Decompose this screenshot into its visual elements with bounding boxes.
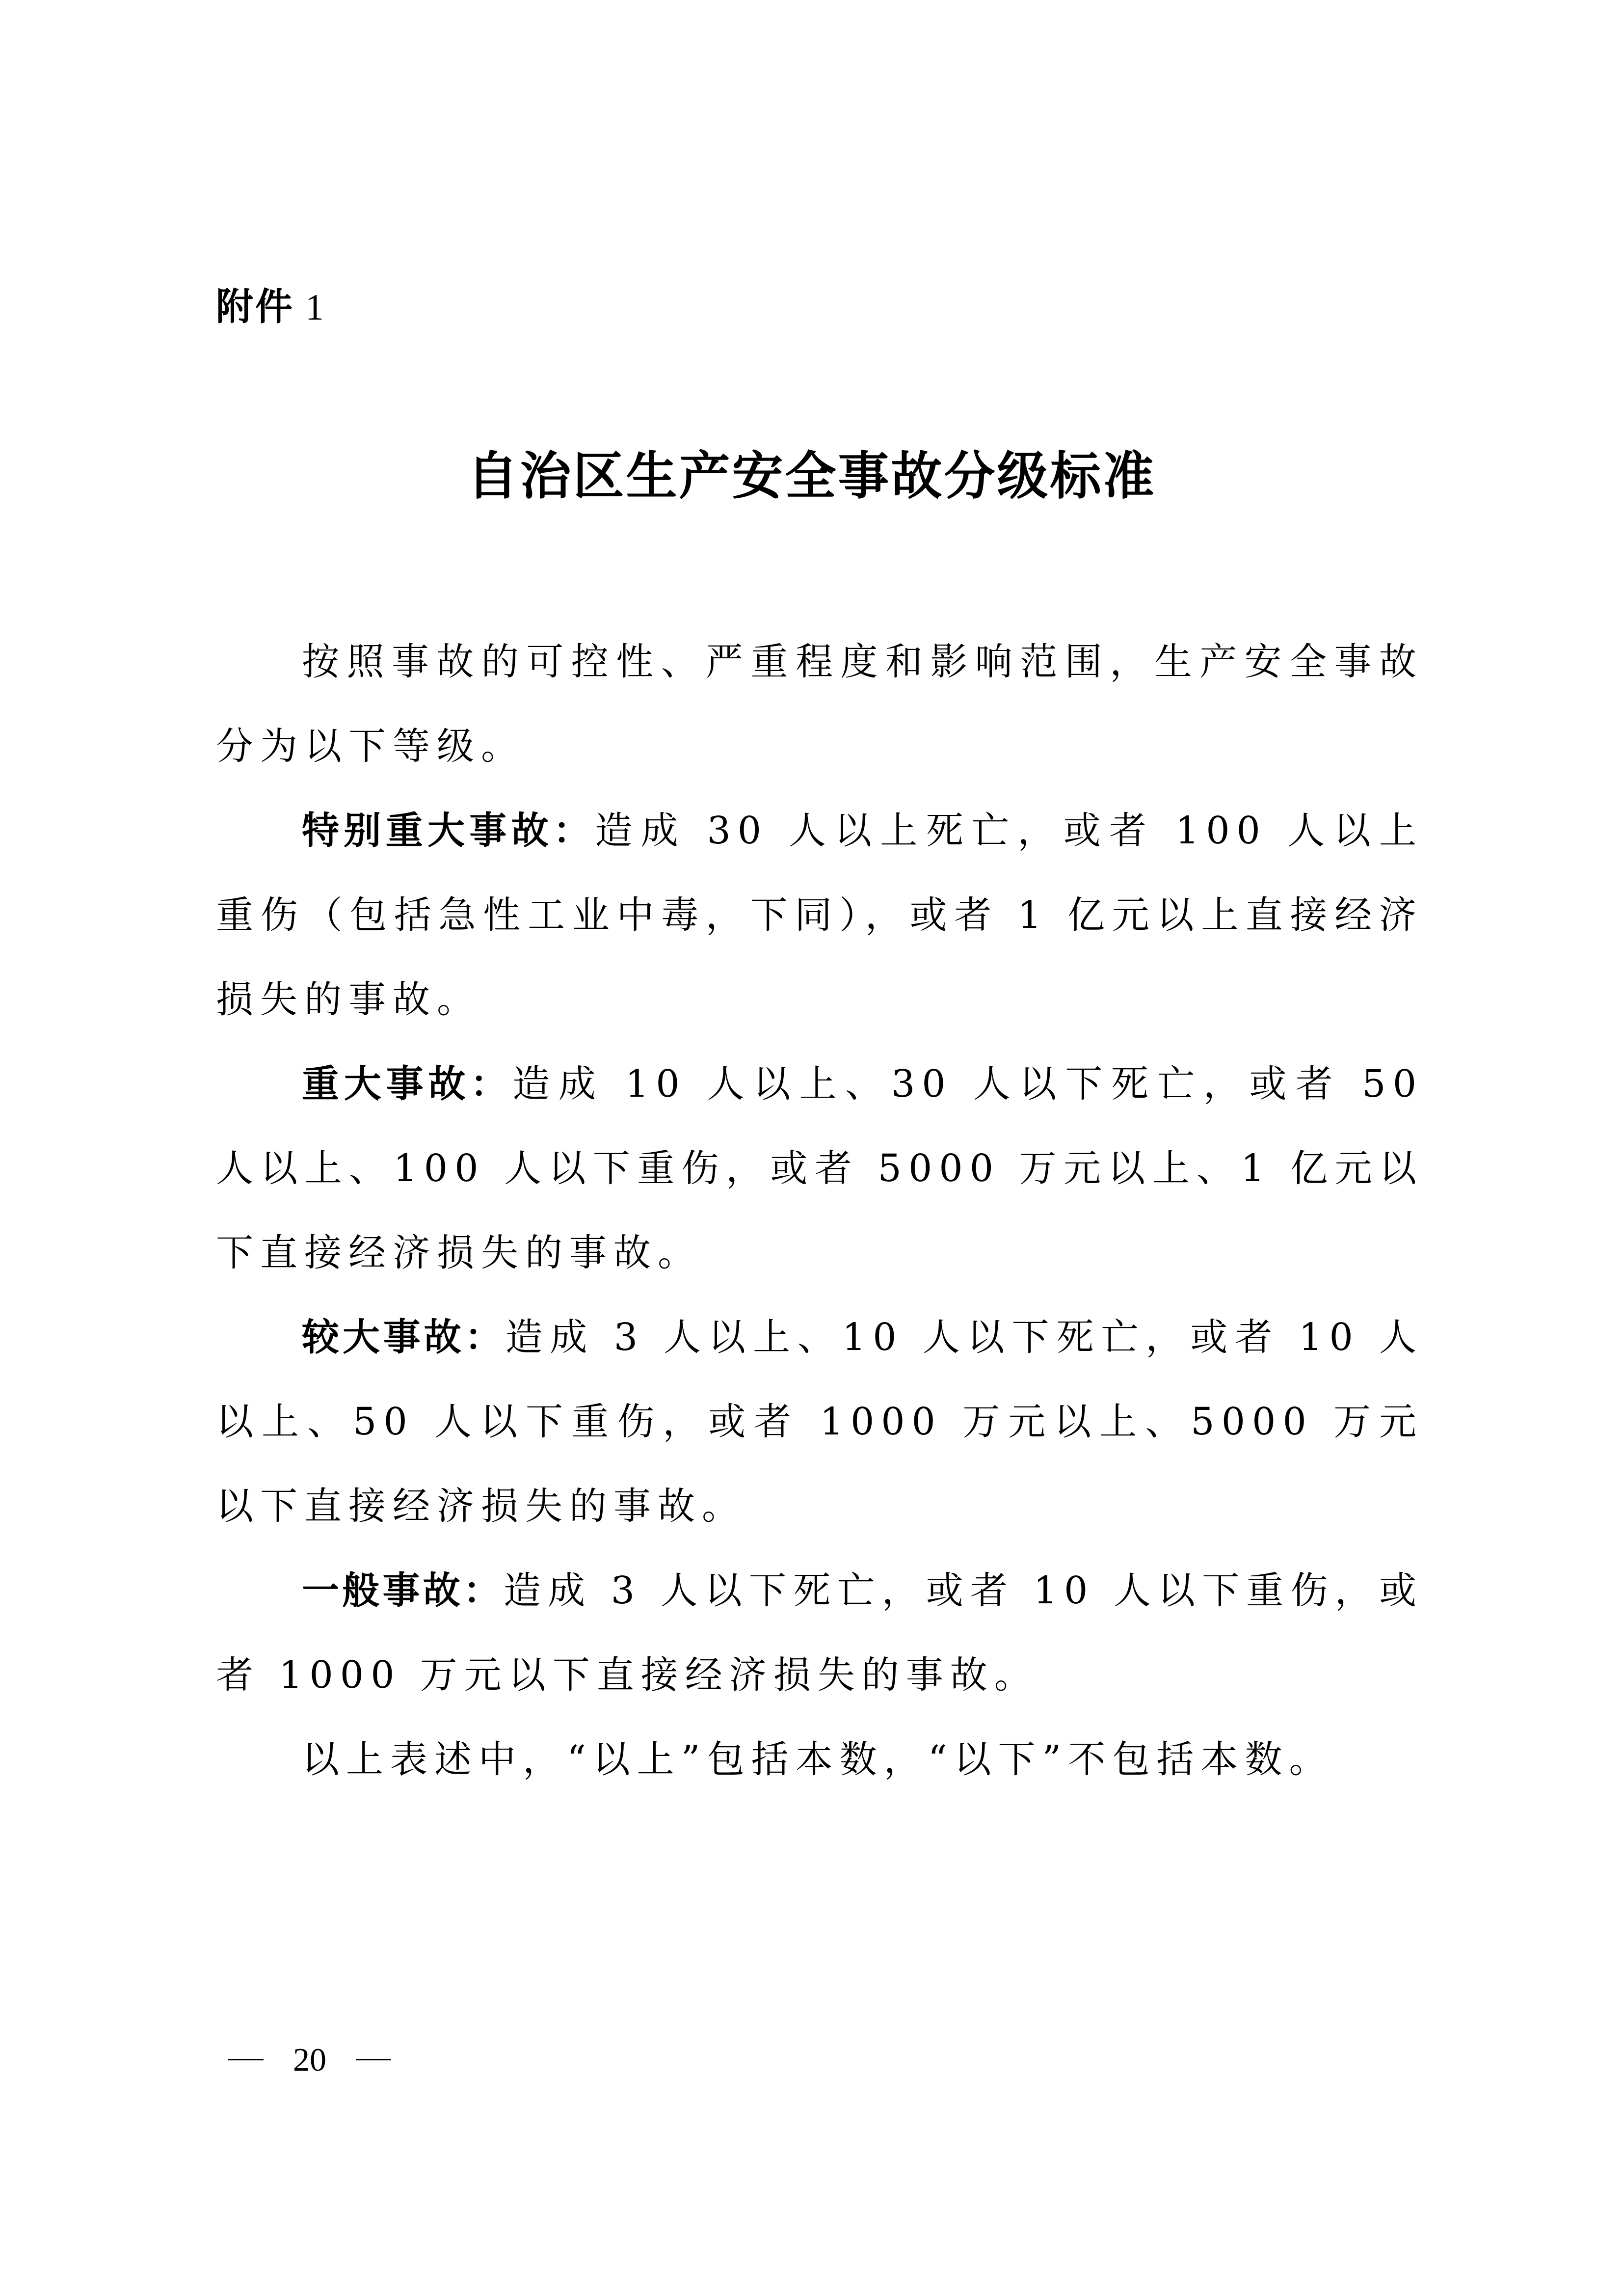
attachment-number: 1 (305, 287, 326, 328)
document-page: 附件1 自治区生产安全事故分级标准 按照事故的可控性、严重程度和影响范围，生产安… (0, 0, 1623, 2296)
paragraph-lead: 一般事故： (302, 1568, 504, 1612)
page-number: 20 (228, 2037, 391, 2081)
paragraph-note: 以上表述中，“以上”包括本数，“以下”不包括本数。 (216, 1717, 1423, 1802)
paragraph-major-accident: 较大事故：造成 3 人以上、10 人以下死亡，或者 10 人以上、50 人以下重… (216, 1295, 1423, 1548)
paragraph-general-accident: 一般事故：造成 3 人以下死亡，或者 10 人以下重伤，或者 1000 万元以下… (216, 1548, 1423, 1717)
em-dash-left (228, 2059, 264, 2060)
paragraph-lead: 特别重大事故： (302, 809, 595, 852)
paragraph-intro: 按照事故的可控性、严重程度和影响范围，生产安全事故分为以下等级。 (216, 620, 1423, 788)
document-body: 按照事故的可控性、严重程度和影响范围，生产安全事故分为以下等级。 特别重大事故：… (216, 620, 1423, 1802)
page-number-value: 20 (293, 2037, 326, 2081)
attachment-label: 附件1 (216, 282, 326, 332)
document-title: 自治区生产安全事故分级标准 (0, 444, 1623, 508)
attachment-label-text: 附件 (216, 285, 294, 328)
paragraph-lead: 较大事故： (302, 1315, 506, 1359)
paragraph-extremely-serious-accident: 特别重大事故：造成 30 人以上死亡，或者 100 人以上重伤（包括急性工业中毒… (216, 788, 1423, 1042)
paragraph-text: 按照事故的可控性、严重程度和影响范围，生产安全事故分为以下等级。 (216, 640, 1423, 768)
paragraph-serious-accident: 重大事故：造成 10 人以上、30 人以下死亡，或者 50 人以上、100 人以… (216, 1042, 1423, 1295)
paragraph-text: 以上表述中，“以上”包括本数，“以下”不包括本数。 (302, 1737, 1333, 1781)
em-dash-right (356, 2059, 391, 2060)
paragraph-lead: 重大事故： (302, 1062, 512, 1106)
